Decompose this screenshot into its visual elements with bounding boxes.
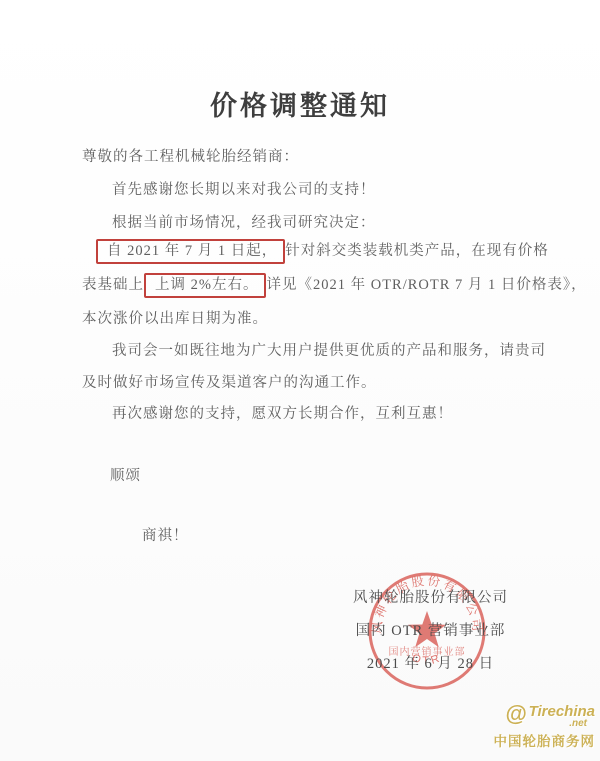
scanned-notice-page: 价格调整通知 尊敬的各工程机械轮胎经销商： 首先感谢您长期以来对我公司的支持！ … xyxy=(0,0,600,761)
paragraph-line: 我司会一如既往地为广大用户提供更优质的产品和服务，请贵司 xyxy=(82,340,572,362)
paragraph-line: 根据当前市场情况，经我司研究决定： xyxy=(82,212,572,234)
paragraph-line: 表基础上上调 2%左右。详见《2021 年 OTR/ROTR 7 月 1 日价格… xyxy=(82,274,542,296)
page-title: 价格调整通知 xyxy=(0,84,600,123)
paragraph-text: 表基础上 xyxy=(82,277,144,293)
paragraph-line: 及时做好市场宣传及渠道客户的沟通工作。 xyxy=(82,372,542,394)
paragraph-line: 再次感谢您的支持，愿双方长期合作，互利互惠！ xyxy=(82,403,572,425)
paragraph-text: 根据当前市场情况，经我司研究决定： xyxy=(112,215,376,231)
salutation-text: 尊敬的各工程机械轮胎经销商： xyxy=(82,149,299,165)
paragraph-text: 我司会一如既往地为广大用户提供更优质的产品和服务，请贵司 xyxy=(112,343,546,359)
highlight-box-increase: 上调 2%左右。 xyxy=(144,273,266,298)
highlight-box-date: 自 2021 年 7 月 1 日起， xyxy=(96,239,285,264)
watermark-logo: @ Tirechina .net 中国轮胎商务网 xyxy=(494,703,596,750)
closing-shunsong: 顺颂 xyxy=(110,464,141,485)
paragraph-text: 针对斜交类装载机类产品，在现有价格 xyxy=(285,243,549,259)
paragraph-text: 及时做好市场宣传及渠道客户的沟通工作。 xyxy=(82,375,377,391)
watermark-domain: .net xyxy=(529,719,587,729)
paragraph-text: 本次涨价以出库日期为准。 xyxy=(82,311,268,327)
paragraph-text: 详见《2021 年 OTR/ROTR 7 月 1 日价格表》， xyxy=(266,277,586,293)
salutation-line: 尊敬的各工程机械轮胎经销商： xyxy=(82,146,542,168)
paragraph-line: 自 2021 年 7 月 1 日起，针对斜交类装载机类产品，在现有价格 xyxy=(82,240,542,262)
tirechina-logo-icon: @ xyxy=(505,703,526,725)
paragraph-text: 首先感谢您长期以来对我公司的支持！ xyxy=(112,182,376,198)
paragraph-text: 再次感谢您的支持，愿双方长期合作，互利互惠！ xyxy=(112,406,453,422)
paragraph-line: 本次涨价以出库日期为准。 xyxy=(82,308,542,330)
signature-block: 风神轮胎股份有限公司 国内 OTR 营销事业部 2021 年 6 月 28 日 xyxy=(353,586,508,685)
watermark-cn-name: 中国轮胎商务网 xyxy=(494,730,596,750)
signature-date: 2021 年 6 月 28 日 xyxy=(353,652,508,673)
signature-department: 国内 OTR 营销事业部 xyxy=(353,619,508,640)
paragraph-line: 首先感谢您长期以来对我公司的支持！ xyxy=(82,179,572,201)
signature-company: 风神轮胎股份有限公司 xyxy=(353,586,508,607)
closing-shangqi: 商祺！ xyxy=(142,524,189,545)
